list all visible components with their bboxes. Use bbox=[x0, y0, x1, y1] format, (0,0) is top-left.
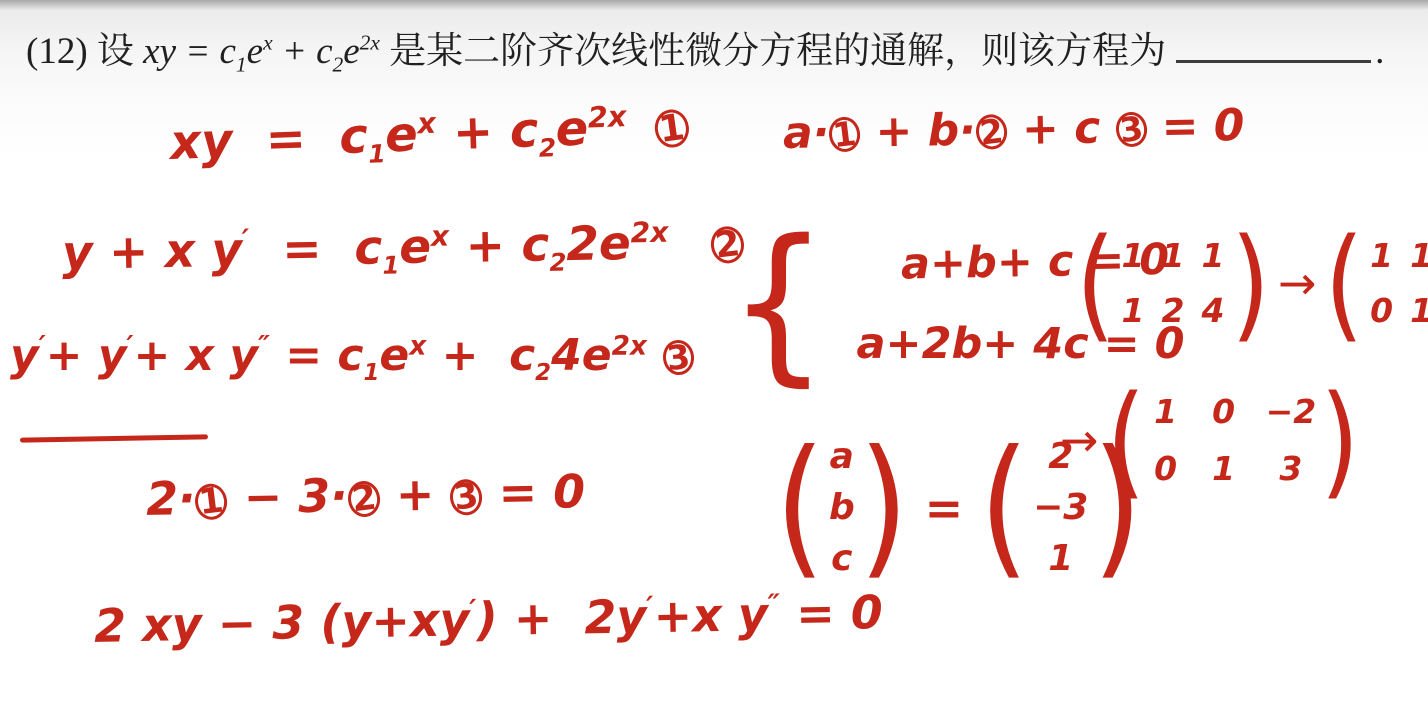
vector-cell: −3 bbox=[1033, 487, 1088, 528]
circled-number: 1 bbox=[827, 116, 862, 154]
matrix-cell: 1 bbox=[1208, 449, 1240, 488]
work-line-2: y + x y′ = c1ex + c22e2x2 bbox=[62, 214, 744, 285]
work-line-1: xy = c1ex + c2e2x1 bbox=[169, 97, 689, 176]
work-eq-3: y′+ y′+ x y″ = c1ex + c24e2x bbox=[10, 330, 647, 381]
matrix-cell: 1 bbox=[1368, 236, 1396, 275]
paren-icon: ) bbox=[859, 443, 909, 571]
row-reduction-step-1: ( 1 1 1 1 2 4 ) → ( 1 1 1 0 1 3 ) bbox=[1076, 236, 1428, 330]
solution-vector: ( a b c ) = ( 2 −3 1 ) bbox=[775, 436, 1142, 579]
answer-blank bbox=[1176, 26, 1371, 63]
worksheet-page: (12) 设 xy = c1ex + c2e2x 是某二阶齐次线性微分方程的通解… bbox=[0, 0, 1428, 708]
vector-cell: b bbox=[829, 487, 855, 528]
matrix-cell: 1 bbox=[1408, 291, 1428, 330]
circled-number: 2 bbox=[974, 113, 1009, 151]
problem-text: 是某二阶齐次线性微分方程的通解，则该方程为 bbox=[389, 31, 1166, 72]
matrix-cell: 1 bbox=[1119, 291, 1147, 330]
vector-cell: a bbox=[829, 436, 855, 477]
paren-icon: ( bbox=[775, 443, 825, 571]
matrix-cell: 0 bbox=[1150, 449, 1182, 488]
work-eq-1: xy = c1ex + c2e2x bbox=[169, 99, 628, 171]
final-equation: 2 xy − 3 (y+xy′) + 2y′+x y″ = 0 bbox=[94, 585, 884, 653]
circled-3-tag: 3 bbox=[661, 339, 695, 377]
paren-icon: ) bbox=[1092, 443, 1142, 571]
linear-combination-line: a·1 + b·2 + c 3 = 0 bbox=[783, 100, 1245, 159]
equals-sign: = bbox=[925, 481, 964, 535]
matrix-cell: 1 bbox=[1199, 236, 1227, 275]
matrix-cell: 2 bbox=[1159, 291, 1187, 330]
matrix-cell: 4 bbox=[1199, 291, 1227, 330]
problem-period: . bbox=[1375, 31, 1384, 72]
matrix-cell: 0 bbox=[1368, 291, 1396, 330]
paren-icon: ) bbox=[1320, 388, 1359, 492]
vector-cell: 1 bbox=[1033, 538, 1088, 579]
circled-number: 3 bbox=[448, 478, 484, 518]
problem-number: (12) bbox=[26, 31, 88, 72]
circled-number: 3 bbox=[1114, 111, 1149, 149]
paren-icon: ( bbox=[979, 443, 1029, 571]
matrix-step-2: ( 1 0 −2 0 1 3 ) bbox=[1107, 392, 1360, 488]
matrix-cell: 1 bbox=[1408, 236, 1428, 275]
vector-cell: 2 bbox=[1033, 436, 1088, 477]
work-eq-2: y + x y′ = c1ex + c22e2x bbox=[62, 215, 670, 281]
paren-icon: ( bbox=[1325, 231, 1364, 335]
matrix-cell: −2 bbox=[1266, 392, 1317, 431]
circled-number: 1 bbox=[193, 482, 229, 522]
paren-icon: ) bbox=[1231, 231, 1270, 335]
top-shadow bbox=[0, 0, 1428, 10]
matrix-cell: 3 bbox=[1266, 449, 1317, 488]
paren-icon: ( bbox=[1076, 231, 1115, 335]
vector-abc: ( a b c ) bbox=[775, 436, 909, 579]
work-line-5: 2 xy − 3 (y+xy′) + 2y′+x y″ = 0 bbox=[94, 585, 884, 653]
problem-equation: xy = c1ex + c2e2x bbox=[143, 31, 380, 72]
problem-statement: (12) 设 xy = c1ex + c2e2x 是某二阶齐次线性微分方程的通解… bbox=[26, 20, 1384, 77]
matrix-step-1: ( 1 1 1 0 1 3 ) bbox=[1325, 236, 1428, 330]
matrix-cell: 1 bbox=[1150, 392, 1182, 431]
matrix-cell: 0 bbox=[1208, 392, 1240, 431]
work-line-3: y′+ y′+ x y″ = c1ex + c24e2x3 bbox=[10, 330, 694, 386]
matrix-original: ( 1 1 1 1 2 4 ) bbox=[1076, 236, 1270, 330]
vector-cell: c bbox=[829, 538, 855, 579]
circled-number: 2 bbox=[346, 479, 382, 519]
circled-1-tag: 1 bbox=[652, 107, 691, 149]
combination-equation: 2·1 − 3·2 + 3 = 0 bbox=[146, 464, 586, 526]
problem-lead: 设 bbox=[97, 31, 134, 72]
matrix-cell: 1 bbox=[1159, 236, 1187, 275]
work-line-4: 2·1 − 3·2 + 3 = 0 bbox=[146, 464, 586, 526]
arrow-right-icon: → bbox=[1278, 256, 1317, 310]
matrix-cell: 1 bbox=[1119, 236, 1147, 275]
linear-combination-equation: a·1 + b·2 + c 3 = 0 bbox=[783, 100, 1245, 159]
vector-values: ( 2 −3 1 ) bbox=[979, 436, 1142, 579]
brace-icon: { bbox=[728, 226, 829, 380]
emphasis-underline bbox=[20, 434, 208, 442]
